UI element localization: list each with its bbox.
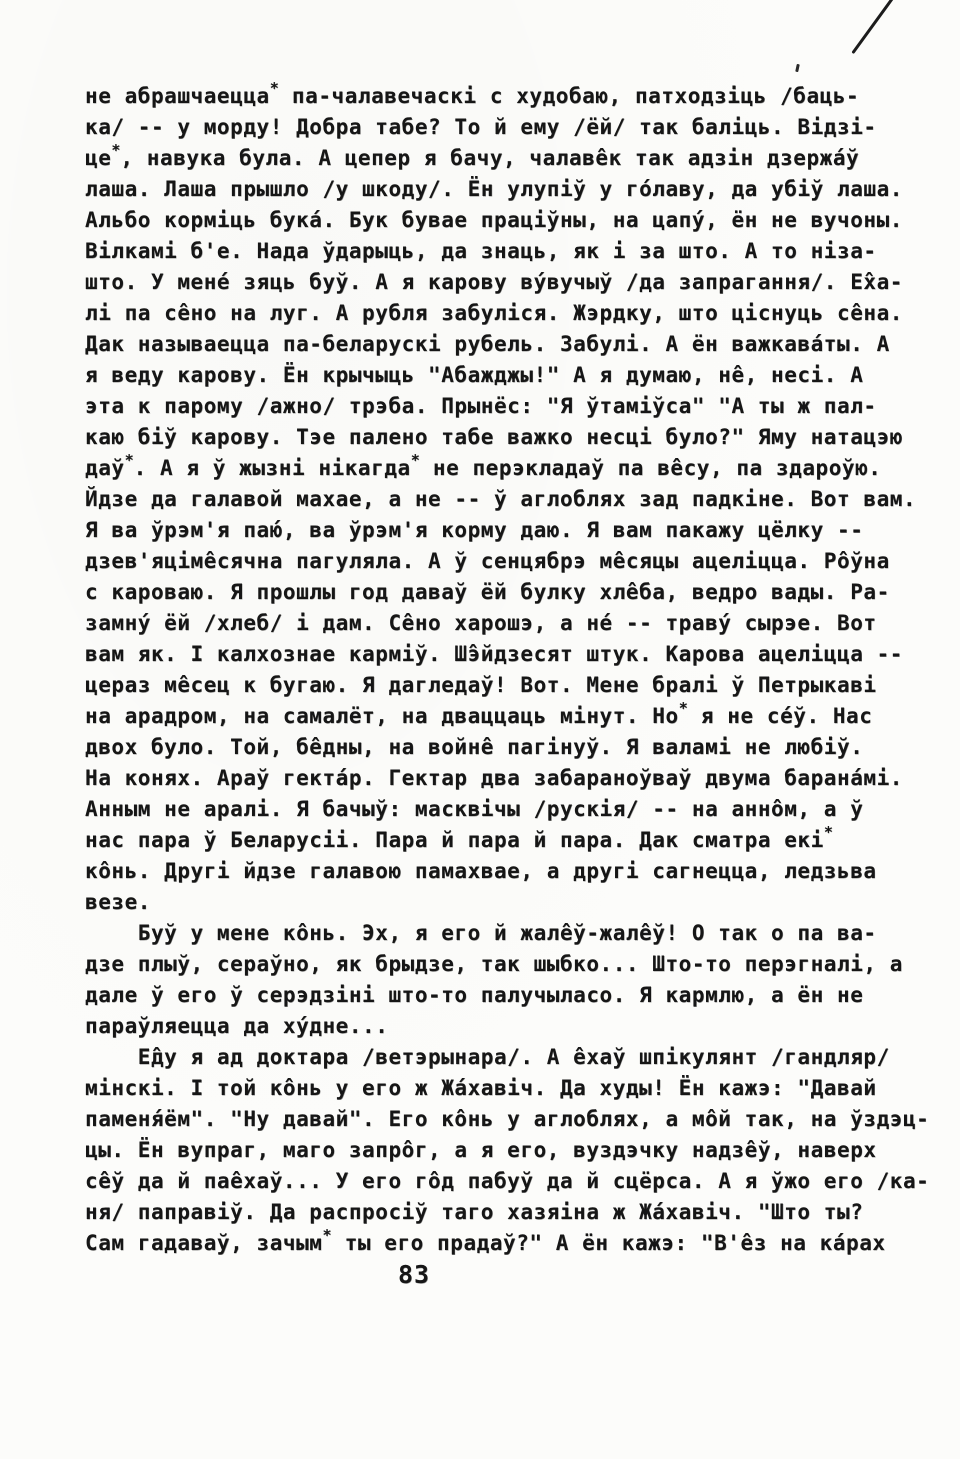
text-line: каю біў карову. Тэе палено табе важко не…: [85, 422, 925, 453]
text-line: ня/ паправіў. Да распросіў таго хазяіна …: [85, 1197, 925, 1228]
footnote-asterisk: *: [679, 699, 688, 717]
text-line: на арадром, на самалёт, на дваццаць міну…: [85, 701, 925, 732]
text-line: На конях. Араў гекта́р. Гектар два забар…: [85, 763, 925, 794]
footnote-asterisk: *: [322, 1226, 331, 1244]
footnote-asterisk: *: [411, 451, 420, 469]
text-line: эта к парому /ажно/ трэба. Прынёс: "Я ўт…: [85, 391, 925, 422]
text-line: Дак называецца па-беларускі рубель. Забу…: [85, 329, 925, 360]
text-line: двох було. Той, бе̂дны, на войне̂ пагіну…: [85, 732, 925, 763]
text-line: дале ў его ў серэдзіні што-то палучыласо…: [85, 980, 925, 1011]
page-text-block: не абрашчаецца* па-чалавечаскі с худобаю…: [85, 81, 925, 1259]
text-line: даў*. А я ў жызні нікагда* не перэкладаў…: [85, 453, 925, 484]
text-line: лаша. Лаша прышло /у шкоду/. Ён улупіў у…: [85, 174, 925, 205]
text-line: Йдзе да галавой махае, а не -- ў аглобля…: [85, 484, 925, 515]
text-line: Я ва ўрэм'я паю́, ва ўрэм'я корму даю. Я…: [85, 515, 925, 546]
text-line: вам як. І калхознае карміў. Шэ̂йдзесят ш…: [85, 639, 925, 670]
text-line: замну́ ёй /хлеб/ і дам. Се̂но харошэ, а …: [85, 608, 925, 639]
page-number: 83: [398, 1260, 430, 1289]
footnote-asterisk: *: [270, 79, 279, 97]
text-line: Буў у мене ко̂нь. Эх, я его й жале̂ў-жал…: [85, 918, 925, 949]
text-line: с кароваю. Я прошлы год даваў ёй булку х…: [85, 577, 925, 608]
text-line: што. У мене́ зяць буў. А я карову ву́вуч…: [85, 267, 925, 298]
text-line: ка/ -- у морду! Добра табе? То й ему /ёй…: [85, 112, 925, 143]
text-line: це*, навука була. А цепер я бачу, чалаве…: [85, 143, 925, 174]
text-line: Е̂ду я ад доктара /ветэрынара/. А е̂хаў …: [85, 1042, 925, 1073]
ink-speck: [795, 64, 800, 72]
text-line: нас пара ў Беларусіі. Пара й пара й пара…: [85, 825, 925, 856]
text-line: цы. Ён вупраг, маго запро̂г, а я его, ву…: [85, 1135, 925, 1166]
text-line: лі па се̂но на луг. А рубля забуліся. Жэ…: [85, 298, 925, 329]
text-line: везе.: [85, 887, 925, 918]
text-line: ко̂нь. Другі йдзе галавою памахвае, а др…: [85, 856, 925, 887]
footnote-asterisk: *: [824, 823, 833, 841]
text-line: я веду карову. Ён крычыць "Абажджы!" А я…: [85, 360, 925, 391]
text-line: Вілкамі б'е. Нада ўдарыць, да знаць, як …: [85, 236, 925, 267]
text-line: се̂ў да й пае̂хаў... У его го̂д пабуў да…: [85, 1166, 925, 1197]
text-line: Альбо корміць бука́. Бук бувае праціўны,…: [85, 205, 925, 236]
text-line: дзев'яціме̂сячна пагуляла. А ў сенцябрэ …: [85, 546, 925, 577]
text-line: Анным не аралі. Я бачыў: масквічы /рускі…: [85, 794, 925, 825]
text-line: дзе плыў, сераўно, як брыдзе, так шыбко.…: [85, 949, 925, 980]
text-line: Сам гадаваў, зачым* ты его прадаў?" А ён…: [85, 1228, 925, 1259]
text-line: мінскі. І той ко̂нь у его ж Жа́хавіч. Да…: [85, 1073, 925, 1104]
diagonal-pen-mark: [851, 0, 899, 54]
text-line: цераз ме̂сец к бугаю. Я дагледаў! Вот. М…: [85, 670, 925, 701]
footnote-asterisk: *: [111, 141, 120, 159]
text-line: параўляецца да ху́дне...: [85, 1011, 925, 1042]
text-line: паменя́ём". "Ну давай". Его ко̂нь у агло…: [85, 1104, 925, 1135]
footnote-asterisk: *: [125, 451, 134, 469]
text-line: не абрашчаецца* па-чалавечаскі с худобаю…: [85, 81, 925, 112]
scanned-page: не абрашчаецца* па-чалавечаскі с худобаю…: [0, 0, 960, 1459]
